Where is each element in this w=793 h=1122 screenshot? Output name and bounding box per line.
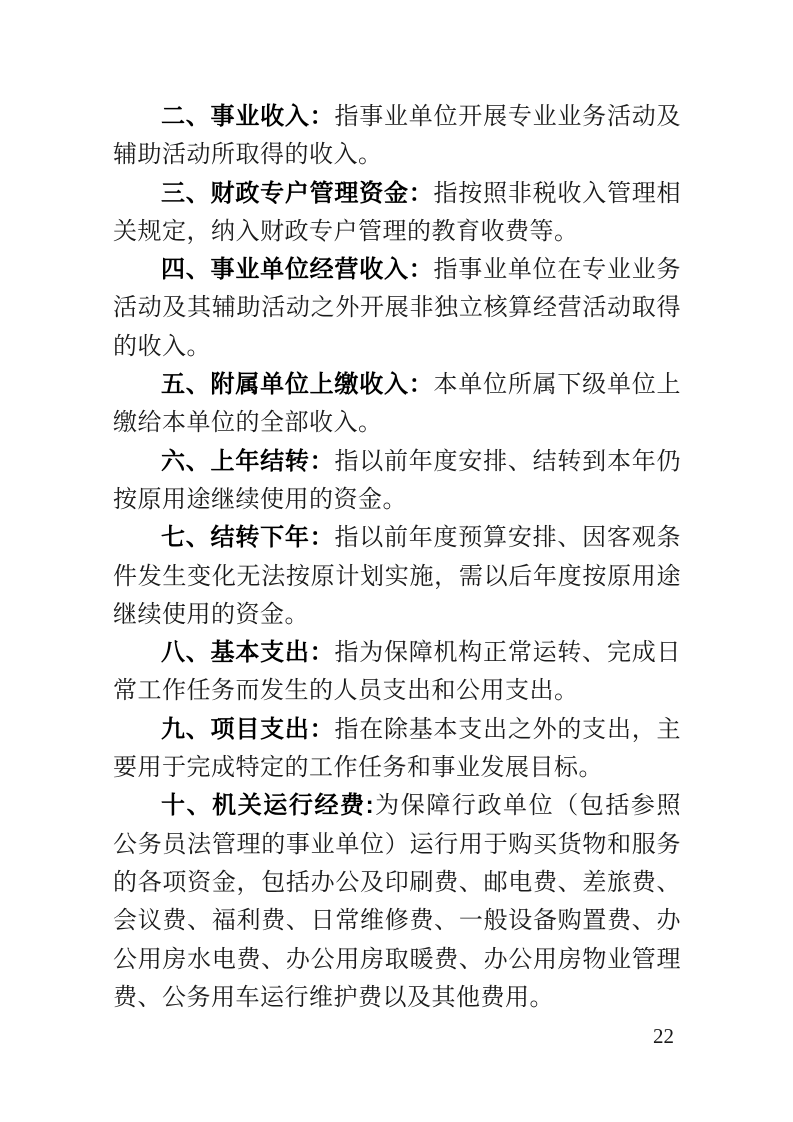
- definition-paragraph: 二、事业收入：指事业单位开展专业业务活动及辅助活动所取得的收入。: [113, 98, 681, 175]
- definition-paragraph: 三、财政专户管理资金：指按照非税收入管理相关规定，纳入财政专户管理的教育收费等。: [113, 175, 681, 252]
- term-label: 七、结转下年：: [161, 524, 334, 551]
- term-label: 四、事业单位经营收入：: [161, 256, 434, 283]
- term-label: 二、事业收入：: [161, 103, 334, 130]
- document-body: 二、事业收入：指事业单位开展专业业务活动及辅助活动所取得的收入。 三、财政专户管…: [113, 98, 681, 1017]
- definition-paragraph: 四、事业单位经营收入：指事业单位在专业业务活动及其辅助活动之外开展非独立核算经营…: [113, 251, 681, 366]
- definition-paragraph: 六、上年结转：指以前年度安排、结转到本年仍按原用途继续使用的资金。: [113, 443, 681, 520]
- page-number: 22: [653, 1024, 674, 1049]
- definition-text: 为保障行政单位（包括参照公务员法管理的事业单位）运行用于购买货物和服务的各项资金…: [113, 793, 681, 1010]
- term-label: 八、基本支出：: [161, 639, 334, 666]
- definition-paragraph: 五、附属单位上缴收入：本单位所属下级单位上缴给本单位的全部收入。: [113, 366, 681, 443]
- definition-paragraph: 七、结转下年：指以前年度预算安排、因客观条件发生变化无法按原计划实施，需以后年度…: [113, 519, 681, 634]
- definition-paragraph: 十、机关运行经费:为保障行政单位（包括参照公务员法管理的事业单位）运行用于购买货…: [113, 787, 681, 1017]
- term-label: 六、上年结转：: [161, 448, 334, 475]
- term-label: 五、附属单位上缴收入：: [161, 371, 434, 398]
- definition-paragraph: 八、基本支出：指为保障机构正常运转、完成日常工作任务而发生的人员支出和公用支出。: [113, 634, 681, 711]
- term-label: 十、机关运行经费:: [161, 792, 374, 819]
- document-page: 二、事业收入：指事业单位开展专业业务活动及辅助活动所取得的收入。 三、财政专户管…: [0, 0, 793, 1122]
- definition-paragraph: 九、项目支出：指在除基本支出之外的支出，主要用于完成特定的工作任务和事业发展目标…: [113, 711, 681, 788]
- term-label: 九、项目支出：: [161, 716, 334, 743]
- term-label: 三、财政专户管理资金：: [161, 180, 434, 207]
